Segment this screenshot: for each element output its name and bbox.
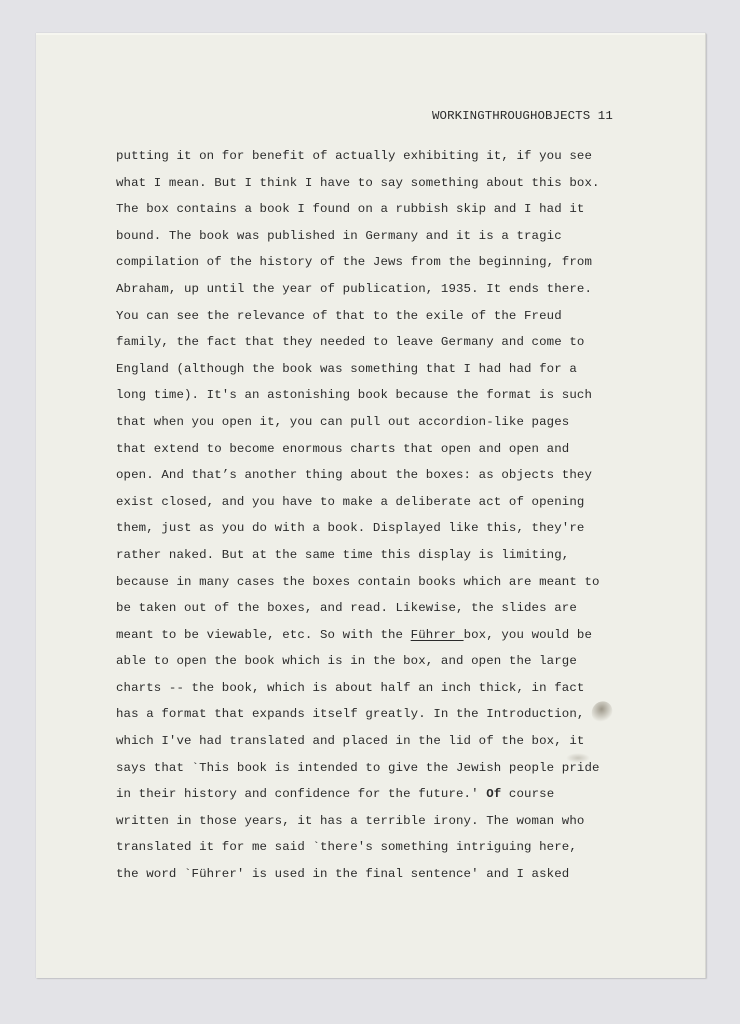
page-edge [36, 33, 705, 35]
text-line: be taken out of the boxes, and read. Lik… [116, 595, 636, 622]
text-segment: meant to be viewable, etc. So with the [116, 628, 411, 642]
text-line: meant to be viewable, etc. So with the F… [116, 622, 636, 649]
document-page: WORKINGTHROUGHOBJECTS 11 putting it on f… [36, 33, 706, 978]
text-line: able to open the book which is in the bo… [116, 648, 636, 675]
text-line: which I've had translated and placed in … [116, 728, 636, 755]
text-line: them, just as you do with a book. Displa… [116, 515, 636, 542]
text-line: The box contains a book I found on a rub… [116, 196, 636, 223]
text-line: says that `This book is intended to give… [116, 755, 636, 782]
text-line: because in many cases the boxes contain … [116, 569, 636, 596]
text-line: written in those years, it has a terribl… [116, 808, 636, 835]
text-line: England (although the book was something… [116, 356, 636, 383]
text-line: Abraham, up until the year of publicatio… [116, 276, 636, 303]
text-line: has a format that expands itself greatly… [116, 701, 636, 728]
bold-word: Of [486, 787, 501, 801]
text-line: open. And that’s another thing about the… [116, 462, 636, 489]
text-line: putting it on for benefit of actually ex… [116, 143, 636, 170]
text-line: long time). It's an astonishing book bec… [116, 382, 636, 409]
text-line: rather naked. But at the same time this … [116, 542, 636, 569]
text-line: that extend to become enormous charts th… [116, 436, 636, 463]
text-line: what I mean. But I think I have to say s… [116, 170, 636, 197]
text-line: the word `Führer' is used in the final s… [116, 861, 636, 888]
text-line: translated it for me said `there's somet… [116, 834, 636, 861]
text-line: compilation of the history of the Jews f… [116, 249, 636, 276]
text-segment: in their history and confidence for the … [116, 787, 486, 801]
text-line: exist closed, and you have to make a del… [116, 489, 636, 516]
text-line: family, the fact that they needed to lea… [116, 329, 636, 356]
text-line: bound. The book was published in Germany… [116, 223, 636, 250]
underlined-word: Führer [411, 628, 464, 642]
text-line: that when you open it, you can pull out … [116, 409, 636, 436]
text-line: You can see the relevance of that to the… [116, 303, 636, 330]
text-line: charts -- the book, which is about half … [116, 675, 636, 702]
text-segment: box, you would be [464, 628, 592, 642]
running-header: WORKINGTHROUGHOBJECTS 11 [432, 109, 613, 123]
text-segment: course [501, 787, 554, 801]
ink-smudge [566, 753, 590, 763]
text-line: in their history and confidence for the … [116, 781, 636, 808]
body-text: putting it on for benefit of actually ex… [116, 143, 636, 888]
